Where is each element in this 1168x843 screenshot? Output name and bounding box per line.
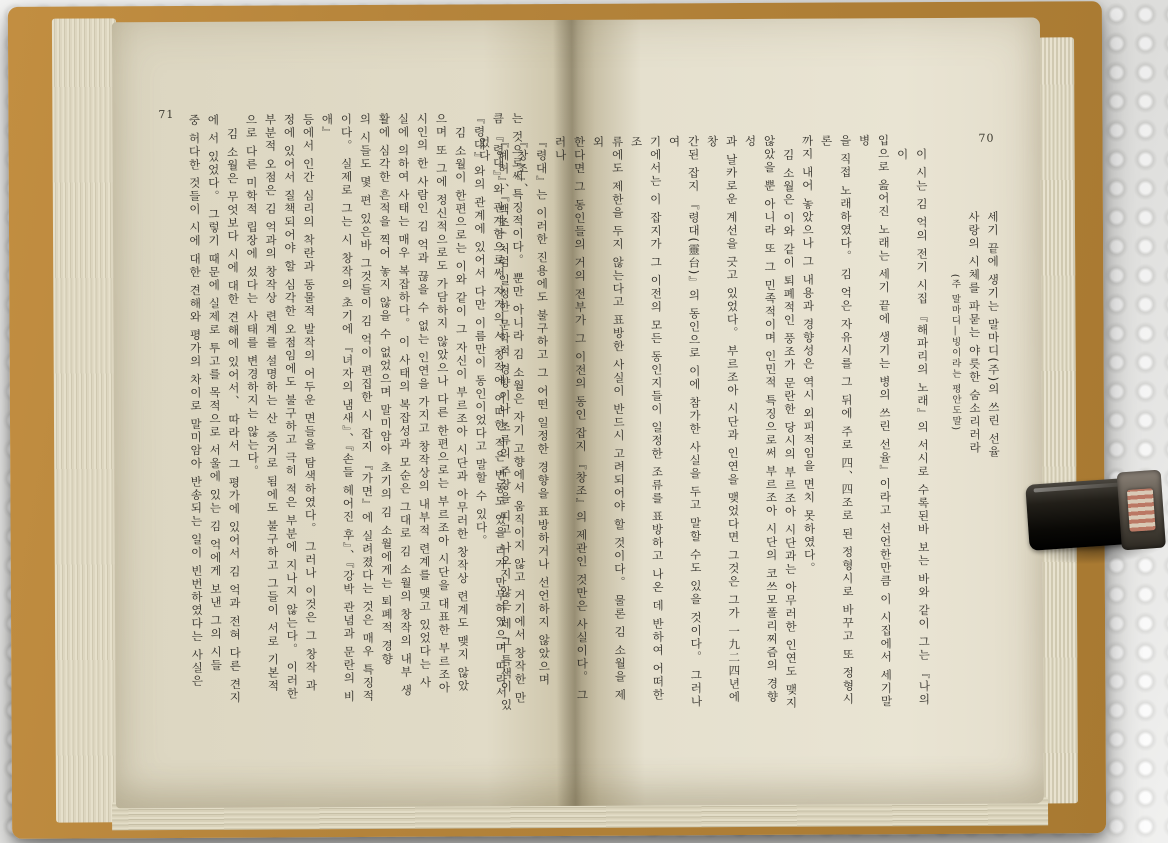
- text-column: 의 시들도 몇 편 있은바 그것들이 김 억이 편집한 시 잡지 『가면』에 실…: [355, 113, 377, 721]
- seal-stamp-object: [1025, 465, 1168, 579]
- seal-stamp-face: [1117, 470, 1166, 551]
- text-column: 김 소월은 이와 같이 퇴폐적인 풍조가 문란한 당시의 부르조아 시단과는 아…: [779, 135, 801, 711]
- poem-line: 세기 끝에 생기는 말마디(주)의 쓰린 선율: [983, 134, 1005, 710]
- page-stack-left-edge: [52, 18, 120, 822]
- text-column: 활에 심각한 흔적을 찍어 놓지 않을 수 없었으며 말미암아 초기의 김 소월…: [374, 113, 396, 721]
- open-pages: 71 70 는 것으로써 특징적이다。 뿐만 아니라 김 소월은 자기 고향에서…: [112, 17, 1044, 808]
- text-column: 김 소월이 한편으로는 이와 같이 그 자신이 부르조아 시단과 아무러한 창작…: [450, 112, 472, 720]
- text-column: 정에 있어서 질책되어야 할 심각한 오점임에도 불구하고 극히 적은 부분에 …: [279, 113, 301, 721]
- right-page-text: 세기 끝에 생기는 말마디(주)의 쓰린 선율사랑의 시체를 파묻는 야릇한 숨…: [666, 134, 1005, 712]
- text-column: 입으로 읊어진 노래는 세기 끝에 생기는 병의 쓰린 선율』이라고 선언한만큼…: [855, 134, 896, 710]
- poem-line: 사랑의 시체를 파묻는 야릇한 숨소리러라: [964, 134, 986, 710]
- text-column: 등에서 인간 심리의 착란과 동물적 발작의 어두운 면들을 탐색하였다。 그러…: [298, 113, 320, 721]
- text-column: 『폐허』、『백조』처럼 일정한 문학적 경향이나 조류의 주장을 띠고 나오지 …: [475, 136, 516, 712]
- text-column: 까지 내어 놓았으나 그 내용과 경향성은 역시 외피적임을 면치 못하였다。: [798, 135, 820, 711]
- text-column: 을 직접 노래하였다。 김 억은 자유시를 그 뒤에 주로 四、四조로 된 정형…: [817, 134, 858, 710]
- text-column: 『령대』는 이러한 진용에도 불구하고 그 어떤 일정한 경향을 표방하거나 선…: [513, 136, 554, 712]
- text-column: 에 서 있었다。 그렇기 때문에 실제로 투고를 목적으로 서울에 있는 김 억…: [203, 114, 225, 722]
- text-column: 이다。 실제로 그는 시 창작의 초기에 『녀자의 냄새』、『손들 헤어진 후』…: [317, 113, 358, 721]
- text-column: 간된 잡지 『령대(靈台)』의 동인으로 이에 참가한 사실을 두고 말할 수도…: [665, 135, 706, 711]
- text-column: 한다면 그 동인들의 거의 전부가 그 이전의 동인 잡지 『창조』의 제관인 …: [551, 136, 592, 712]
- text-column: 으로 다른 미학적 립장에 섰다는 사태를 변경하지는 않는다。: [241, 114, 263, 722]
- text-column: 실에 의하여 사태는 매우 복잡하다。 이 사태의 복잡성과 모순은 그대로 김…: [393, 113, 415, 721]
- photo-scene: 71 70 는 것으로써 특징적이다。 뿐만 아니라 김 소월은 자기 고향에서…: [0, 0, 1168, 843]
- text-column: 으며 또 그에 정신적으로도 가담하지 않았으나 다른 한편으로는 부르조아 시…: [431, 113, 453, 721]
- text-column: 김 소월은 무엇보다 시에 대한 견해에 있어서、 따라서 그 평가에 있어서 …: [222, 114, 244, 722]
- book: 71 70 는 것으로써 특징적이다。 뿐만 아니라 김 소월은 자기 고향에서…: [8, 1, 1106, 839]
- text-column: 시인의 한 사람인 김 억과 끊을 수 없는 인연을 가지고 창작상의 내부적 …: [412, 113, 434, 721]
- text-column: 이 시는 김 억의 전기 시집 『해파리의 노래』의 서시로 수록된바 보는 바…: [893, 134, 934, 710]
- page-stack-right-edge: [1038, 37, 1078, 803]
- text-column: 과 날카로운 계선을 긋고 있었다。 부르조아 시단과 인연을 맺었다면 그것은…: [703, 135, 744, 711]
- text-column: 기에서는 이 잡지가 그 이전의 모든 동인지들이 일정한 조류를 표방하고 나…: [627, 135, 668, 711]
- text-column: 류에도 제한을 두지 않는다고 표방한 사실이 반드시 고려되어야 할 것이다。…: [589, 136, 630, 712]
- text-column: 않았을 뿐 아니라 또 그 민족적이며 인민적 특징으로써 부르조아 시단의 코…: [741, 135, 782, 711]
- text-column: 부분적 오점은 김 억과의 창작상 련계를 설명하는 산 증거로 됨에도 불구하…: [260, 113, 282, 721]
- text-column: 중 허다한 것들이 시에 대한 견해와 평가의 차이로 말미암아 반송되는 일이…: [184, 114, 206, 722]
